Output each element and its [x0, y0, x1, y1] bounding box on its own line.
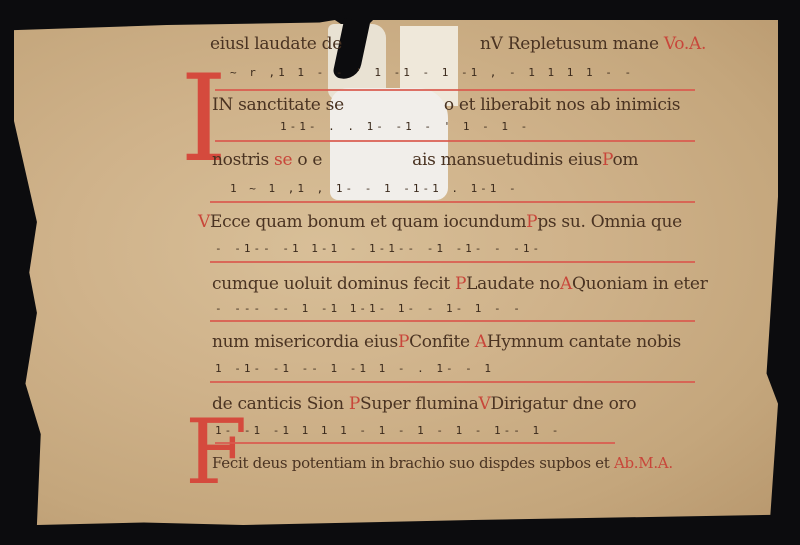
- staff-line: [210, 201, 695, 203]
- staff-line: [210, 320, 695, 322]
- text-line-2: IN sanctitate seo et liberabit nos ab in…: [212, 95, 680, 115]
- text-line-6: num misericordia eiusPConfite AHymnum ca…: [212, 332, 681, 352]
- decorated-initial-f: F: [185, 408, 247, 498]
- neume-row: - -1-- -1 1-1 - 1-1-- -1 -1- - -1-: [215, 242, 542, 255]
- neume-row: 1-1- . . 1- -1 - ' 1 - 1 -: [280, 120, 530, 133]
- staff-line: [210, 381, 695, 383]
- neume-row: 1 -1- -1 -- 1 -1 1 - . 1- - 1: [215, 362, 494, 375]
- neume-row: ~ r ,1 1 - - ' 1 -1 - 1 -1 , - 1 1 1 1 -…: [230, 66, 634, 79]
- text-line-4: VEcce quam bonum et quam iocundumPps su.…: [198, 212, 682, 232]
- neume-row: - --- -- 1 -1 1-1- 1- - 1- 1 - -: [215, 302, 523, 315]
- text-line-3: nostris se o eais mansuetudinis eiusPom: [212, 150, 638, 170]
- neume-row: 1- -1 -1 1 1 1 - 1 - 1 - 1 - 1-- 1 -: [215, 424, 561, 437]
- staff-line: [215, 442, 615, 444]
- staff-line: [215, 140, 695, 142]
- staff-line: [215, 89, 695, 91]
- staff-line: [210, 261, 695, 263]
- neume-row: 1 ~ 1 ,1 , 1- - 1 -1-1 . 1-1 -: [230, 182, 519, 195]
- text-line-5: cumque uoluit dominus fecit PLaudate noA…: [212, 274, 708, 294]
- text-line-7: de canticis Sion PSuper fluminaVDirigatu…: [212, 394, 636, 414]
- text-line-1: eiusl laudate denV Repletusum mane Vo.A.: [210, 34, 706, 54]
- text-line-8: Fecit deus potentiam in brachio suo disp…: [212, 454, 673, 472]
